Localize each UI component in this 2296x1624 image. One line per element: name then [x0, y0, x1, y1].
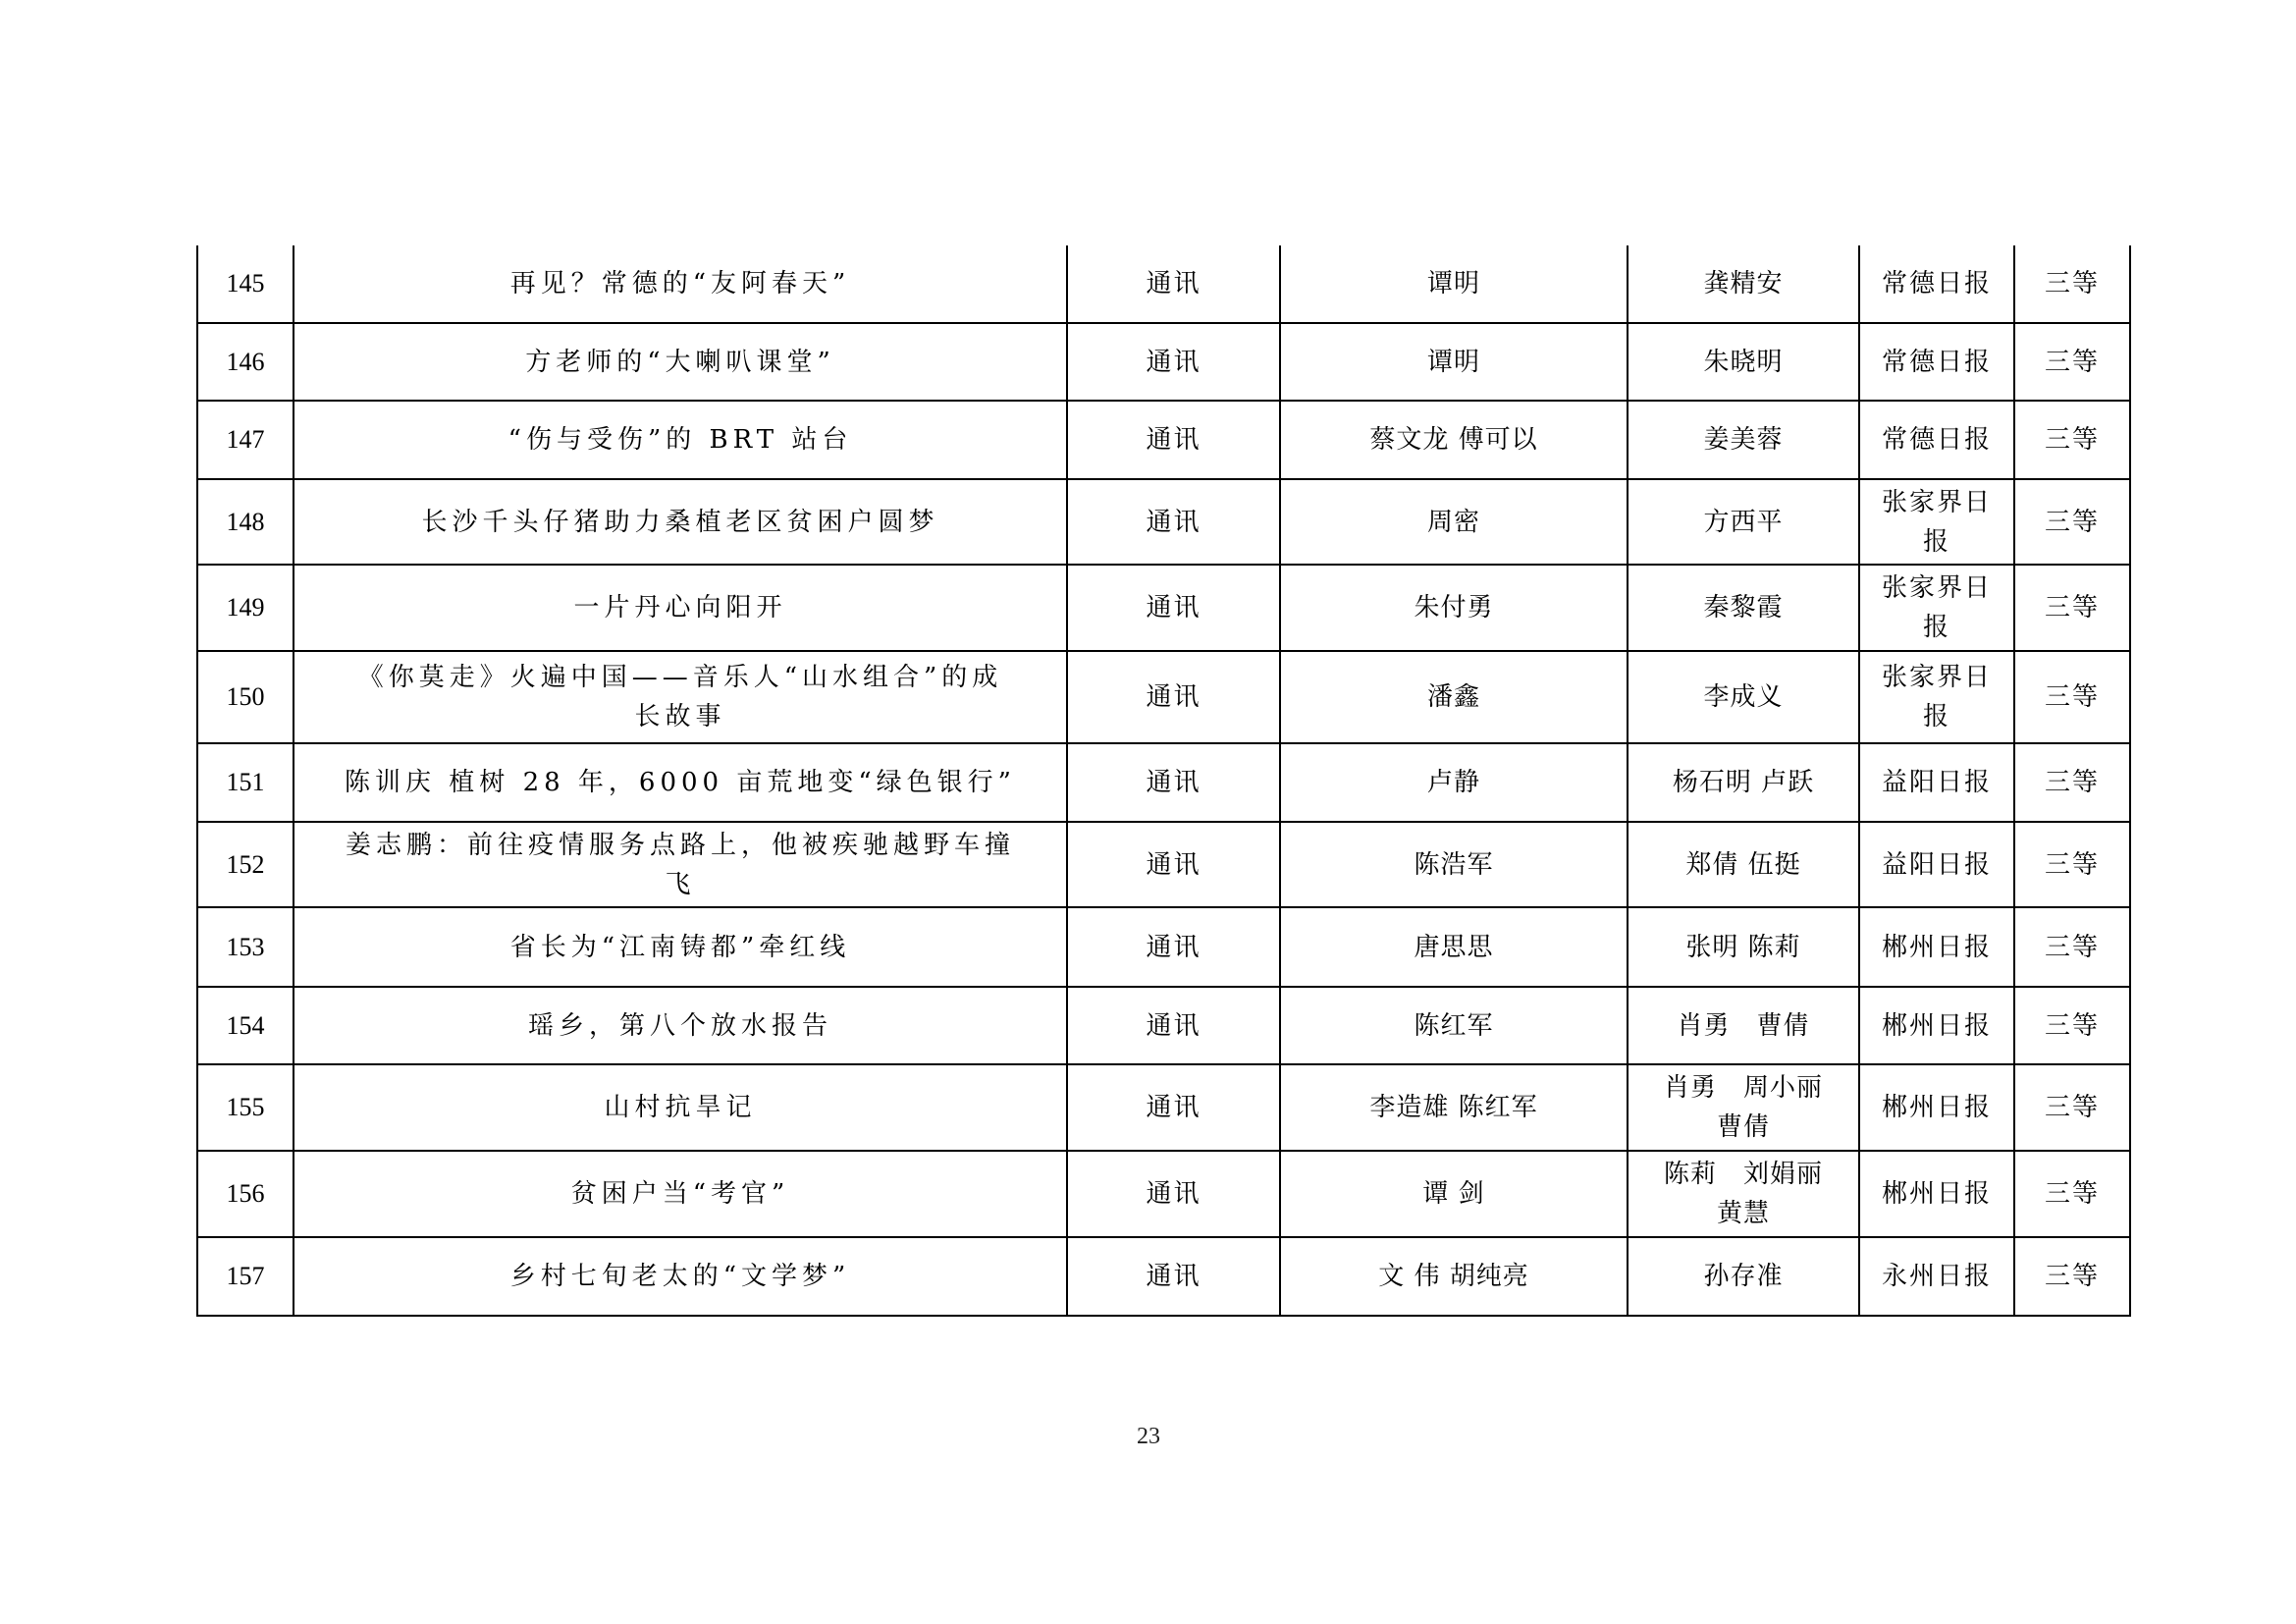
entry-number: 153 [197, 907, 294, 987]
entry-media-line: 郴州日报 [1866, 1174, 2007, 1214]
entry-media: 郴州日报 [1859, 987, 2014, 1064]
entry-title-line: 山村抗旱记 [300, 1088, 1060, 1127]
entry-editor: 秦黎霞 [1628, 565, 1859, 651]
entry-editor-line: 姜美蓉 [1634, 420, 1852, 460]
awards-table-body: 145再见？常德的“友阿春天”通讯谭明龚精安常德日报三等146方老师的“大喇叭课… [197, 245, 2130, 1316]
entry-editor-line: 龚精安 [1634, 264, 1852, 303]
entry-author-line: 谭 剑 [1287, 1174, 1621, 1214]
entry-type: 通讯 [1067, 401, 1280, 479]
entry-title-line: 姜志鹏：前往疫情服务点路上，他被疾驰越野车撞 [300, 826, 1060, 865]
entry-media: 永州日报 [1859, 1237, 2014, 1316]
table-row: 154瑶乡，第八个放水报告通讯陈红军肖勇 曹倩郴州日报三等 [197, 987, 2130, 1064]
entry-award: 三等 [2014, 822, 2130, 907]
entry-title-line: 乡村七旬老太的“文学梦” [300, 1257, 1060, 1296]
entry-award: 三等 [2014, 1237, 2130, 1316]
entry-title-line: 飞 [300, 865, 1060, 904]
entry-number: 156 [197, 1151, 294, 1237]
entry-media-line: 益阳日报 [1866, 845, 2007, 885]
entry-title: 贫困户当“考官” [294, 1151, 1067, 1237]
entry-type: 通讯 [1067, 1151, 1280, 1237]
entry-title-line: 贫困户当“考官” [300, 1174, 1060, 1214]
entry-editor-line: 杨石明 卢跃 [1634, 763, 1852, 802]
entry-media-line: 常德日报 [1866, 264, 2007, 303]
entry-media: 益阳日报 [1859, 822, 2014, 907]
table-row: 152姜志鹏：前往疫情服务点路上，他被疾驰越野车撞飞通讯陈浩军郑倩 伍挺益阳日报… [197, 822, 2130, 907]
entry-media-line: 益阳日报 [1866, 763, 2007, 802]
entry-author-line: 周密 [1287, 503, 1621, 542]
entry-media-line: 报 [1866, 697, 2007, 736]
entry-editor: 孙存准 [1628, 1237, 1859, 1316]
entry-media-line: 报 [1866, 608, 2007, 647]
entry-type: 通讯 [1067, 1237, 1280, 1316]
entry-author: 陈红军 [1280, 987, 1628, 1064]
entry-author: 谭明 [1280, 323, 1628, 401]
entry-title: 瑶乡，第八个放水报告 [294, 987, 1067, 1064]
entry-title: 山村抗旱记 [294, 1064, 1067, 1151]
entry-author: 朱付勇 [1280, 565, 1628, 651]
table-row: 145再见？常德的“友阿春天”通讯谭明龚精安常德日报三等 [197, 245, 2130, 323]
entry-type: 通讯 [1067, 323, 1280, 401]
entry-award: 三等 [2014, 565, 2130, 651]
entry-type: 通讯 [1067, 907, 1280, 987]
entry-media: 张家界日报 [1859, 479, 2014, 565]
entry-media: 郴州日报 [1859, 1064, 2014, 1151]
entry-title-line: 再见？常德的“友阿春天” [300, 264, 1060, 303]
entry-editor: 肖勇 周小丽曹倩 [1628, 1064, 1859, 1151]
entry-author-line: 唐思思 [1287, 928, 1621, 967]
entry-editor: 姜美蓉 [1628, 401, 1859, 479]
entry-author-line: 谭明 [1287, 343, 1621, 382]
entry-media: 张家界日报 [1859, 651, 2014, 743]
table-row: 153省长为“江南铸都”牵红线通讯唐思思张明 陈莉郴州日报三等 [197, 907, 2130, 987]
entry-editor: 郑倩 伍挺 [1628, 822, 1859, 907]
entry-number: 157 [197, 1237, 294, 1316]
entry-type: 通讯 [1067, 743, 1280, 822]
entry-editor-line: 陈莉 刘娟丽 [1634, 1155, 1852, 1194]
entry-award: 三等 [2014, 479, 2130, 565]
entry-number: 154 [197, 987, 294, 1064]
entry-number: 146 [197, 323, 294, 401]
entry-title-line: 陈训庆 植树 28 年，6000 亩荒地变“绿色银行” [300, 763, 1060, 802]
entry-title: 方老师的“大喇叭课堂” [294, 323, 1067, 401]
entry-author: 周密 [1280, 479, 1628, 565]
entry-media-line: 常德日报 [1866, 343, 2007, 382]
entry-editor: 张明 陈莉 [1628, 907, 1859, 987]
entry-title: 陈训庆 植树 28 年，6000 亩荒地变“绿色银行” [294, 743, 1067, 822]
entry-media-line: 报 [1866, 522, 2007, 562]
table-row: 149一片丹心向阳开通讯朱付勇秦黎霞张家界日报三等 [197, 565, 2130, 651]
entry-author: 谭明 [1280, 245, 1628, 323]
entry-media: 张家界日报 [1859, 565, 2014, 651]
entry-media: 郴州日报 [1859, 907, 2014, 987]
entry-author: 文 伟 胡纯亮 [1280, 1237, 1628, 1316]
entry-award: 三等 [2014, 743, 2130, 822]
table-row: 148长沙千头仔猪助力桑植老区贫困户圆梦通讯周密方西平张家界日报三等 [197, 479, 2130, 565]
entry-author-line: 蔡文龙 傅可以 [1287, 420, 1621, 460]
entry-media-line: 张家界日 [1866, 483, 2007, 522]
entry-media-line: 郴州日报 [1866, 1006, 2007, 1046]
entry-media: 益阳日报 [1859, 743, 2014, 822]
entry-editor-line: 曹倩 [1634, 1108, 1852, 1147]
entry-number: 155 [197, 1064, 294, 1151]
entry-title-line: 省长为“江南铸都”牵红线 [300, 928, 1060, 967]
entry-award: 三等 [2014, 245, 2130, 323]
entry-media: 常德日报 [1859, 401, 2014, 479]
entry-type: 通讯 [1067, 245, 1280, 323]
entry-editor-line: 秦黎霞 [1634, 588, 1852, 627]
table-row: 147“伤与受伤”的 BRT 站台通讯蔡文龙 傅可以姜美蓉常德日报三等 [197, 401, 2130, 479]
entry-title: 姜志鹏：前往疫情服务点路上，他被疾驰越野车撞飞 [294, 822, 1067, 907]
table-row: 151陈训庆 植树 28 年，6000 亩荒地变“绿色银行”通讯卢静杨石明 卢跃… [197, 743, 2130, 822]
entry-title-line: 长故事 [300, 697, 1060, 736]
entry-type: 通讯 [1067, 822, 1280, 907]
entry-award: 三等 [2014, 323, 2130, 401]
entry-number: 150 [197, 651, 294, 743]
entry-title-line: 一片丹心向阳开 [300, 588, 1060, 627]
entry-editor-line: 李成义 [1634, 677, 1852, 717]
entry-editor: 杨石明 卢跃 [1628, 743, 1859, 822]
entry-title: “伤与受伤”的 BRT 站台 [294, 401, 1067, 479]
entry-title-line: 瑶乡，第八个放水报告 [300, 1006, 1060, 1046]
entry-author-line: 卢静 [1287, 763, 1621, 802]
entry-editor-line: 黄慧 [1634, 1194, 1852, 1233]
entry-editor-line: 肖勇 曹倩 [1634, 1006, 1852, 1046]
entry-editor-line: 张明 陈莉 [1634, 928, 1852, 967]
entry-author: 卢静 [1280, 743, 1628, 822]
entry-title: 省长为“江南铸都”牵红线 [294, 907, 1067, 987]
entry-type: 通讯 [1067, 987, 1280, 1064]
entry-number: 147 [197, 401, 294, 479]
table-row: 156贫困户当“考官”通讯谭 剑陈莉 刘娟丽黄慧郴州日报三等 [197, 1151, 2130, 1237]
entry-media: 常德日报 [1859, 245, 2014, 323]
entry-author-line: 潘鑫 [1287, 677, 1621, 717]
entry-editor-line: 孙存准 [1634, 1257, 1852, 1296]
entry-editor: 方西平 [1628, 479, 1859, 565]
entry-title-line: 长沙千头仔猪助力桑植老区贫困户圆梦 [300, 503, 1060, 542]
entry-title: 再见？常德的“友阿春天” [294, 245, 1067, 323]
entry-author: 潘鑫 [1280, 651, 1628, 743]
entry-award: 三等 [2014, 1151, 2130, 1237]
entry-media-line: 郴州日报 [1866, 928, 2007, 967]
table-row: 157乡村七旬老太的“文学梦”通讯文 伟 胡纯亮孙存准永州日报三等 [197, 1237, 2130, 1316]
entry-award: 三等 [2014, 651, 2130, 743]
entry-media-line: 张家界日 [1866, 568, 2007, 608]
entry-media: 郴州日报 [1859, 1151, 2014, 1237]
document-page: 145再见？常德的“友阿春天”通讯谭明龚精安常德日报三等146方老师的“大喇叭课… [0, 0, 2296, 1624]
entry-editor: 肖勇 曹倩 [1628, 987, 1859, 1064]
entry-title: 乡村七旬老太的“文学梦” [294, 1237, 1067, 1316]
entry-media: 常德日报 [1859, 323, 2014, 401]
entry-number: 148 [197, 479, 294, 565]
entry-author: 唐思思 [1280, 907, 1628, 987]
entry-number: 145 [197, 245, 294, 323]
page-number: 23 [1119, 1424, 1178, 1450]
entry-number: 152 [197, 822, 294, 907]
entry-author: 李造雄 陈红军 [1280, 1064, 1628, 1151]
entry-editor-line: 方西平 [1634, 503, 1852, 542]
table-row: 150《你莫走》火遍中国——音乐人“山水组合”的成长故事通讯潘鑫李成义张家界日报… [197, 651, 2130, 743]
entry-editor: 龚精安 [1628, 245, 1859, 323]
awards-table: 145再见？常德的“友阿春天”通讯谭明龚精安常德日报三等146方老师的“大喇叭课… [196, 245, 2131, 1317]
entry-media-line: 永州日报 [1866, 1257, 2007, 1296]
entry-title: 长沙千头仔猪助力桑植老区贫困户圆梦 [294, 479, 1067, 565]
entry-title-line: “伤与受伤”的 BRT 站台 [300, 420, 1060, 460]
entry-number: 149 [197, 565, 294, 651]
entry-author: 谭 剑 [1280, 1151, 1628, 1237]
entry-author-line: 陈红军 [1287, 1006, 1621, 1046]
entry-editor-line: 朱晓明 [1634, 343, 1852, 382]
entry-editor-line: 郑倩 伍挺 [1634, 845, 1852, 885]
entry-author-line: 文 伟 胡纯亮 [1287, 1257, 1621, 1296]
entry-title: 一片丹心向阳开 [294, 565, 1067, 651]
entry-author-line: 陈浩军 [1287, 845, 1621, 885]
entry-award: 三等 [2014, 1064, 2130, 1151]
entry-type: 通讯 [1067, 1064, 1280, 1151]
entry-editor: 陈莉 刘娟丽黄慧 [1628, 1151, 1859, 1237]
entry-editor: 朱晓明 [1628, 323, 1859, 401]
entry-author-line: 谭明 [1287, 264, 1621, 303]
entry-title-line: 《你莫走》火遍中国——音乐人“山水组合”的成 [300, 658, 1060, 697]
entry-author-line: 李造雄 陈红军 [1287, 1088, 1621, 1127]
entry-award: 三等 [2014, 907, 2130, 987]
entry-type: 通讯 [1067, 651, 1280, 743]
entry-number: 151 [197, 743, 294, 822]
entry-author-line: 朱付勇 [1287, 588, 1621, 627]
entry-award: 三等 [2014, 401, 2130, 479]
entry-type: 通讯 [1067, 479, 1280, 565]
entry-editor-line: 肖勇 周小丽 [1634, 1068, 1852, 1108]
entry-editor: 李成义 [1628, 651, 1859, 743]
entry-award: 三等 [2014, 987, 2130, 1064]
table-row: 155山村抗旱记通讯李造雄 陈红军肖勇 周小丽曹倩郴州日报三等 [197, 1064, 2130, 1151]
entry-author: 蔡文龙 傅可以 [1280, 401, 1628, 479]
entry-media-line: 常德日报 [1866, 420, 2007, 460]
entry-type: 通讯 [1067, 565, 1280, 651]
entry-author: 陈浩军 [1280, 822, 1628, 907]
entry-title: 《你莫走》火遍中国——音乐人“山水组合”的成长故事 [294, 651, 1067, 743]
entry-title-line: 方老师的“大喇叭课堂” [300, 343, 1060, 382]
entry-media-line: 郴州日报 [1866, 1088, 2007, 1127]
entry-media-line: 张家界日 [1866, 658, 2007, 697]
table-row: 146方老师的“大喇叭课堂”通讯谭明朱晓明常德日报三等 [197, 323, 2130, 401]
